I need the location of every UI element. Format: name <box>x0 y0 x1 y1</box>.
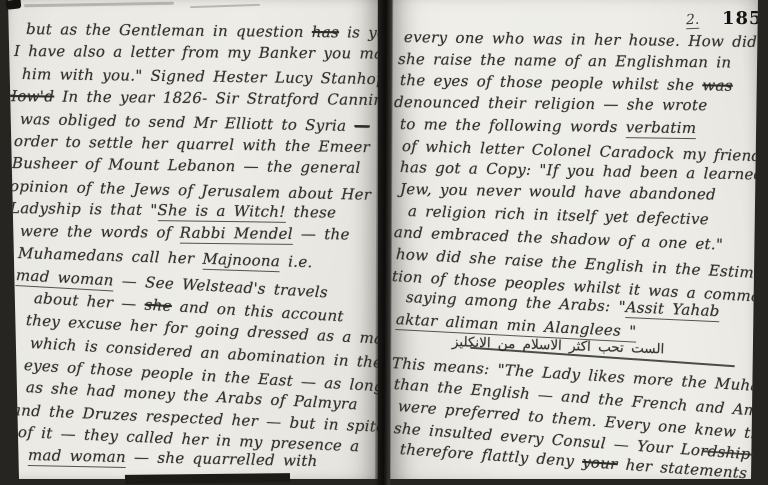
manuscript-line: How'd In the year 1826- Sir Stratford Ca… <box>4 87 393 109</box>
text-segment: she raise the name of an Englishman in <box>398 50 732 71</box>
underlined-text: She is a Witch! <box>157 201 285 223</box>
struck-text: — <box>354 117 370 135</box>
manuscript-line: she raise the name of an Englishman in <box>398 50 732 71</box>
text-segment: to me the following words <box>400 115 626 136</box>
manuscript-scan: but as the Gentleman in question has is … <box>0 0 768 485</box>
manuscript-line: him with you." Signed Hester Lucy Stanho… <box>22 65 395 88</box>
underlined-text: mad woman <box>28 446 126 468</box>
text-segment: a religion rich in itself yet defective <box>408 202 709 228</box>
underlined-text: Rabbi Mendel <box>180 223 293 244</box>
right-page-text: every one who was in her house. How dids… <box>390 0 758 479</box>
scan-corner-mark <box>6 0 22 10</box>
page-edge-shadow <box>125 473 290 484</box>
struck-text: was <box>702 77 733 96</box>
right-page: 2. 185 every one who was in her house. H… <box>390 0 758 479</box>
manuscript-line: were the words of Rabbi Mendel — the <box>20 222 350 243</box>
manuscript-line: Ladyship is that "She is a Witch! these <box>10 199 337 222</box>
book-spine-gutter <box>375 0 394 485</box>
underlined-text: Assit Yahab <box>625 298 720 322</box>
struck-text: How'd <box>4 87 54 106</box>
text-segment: were the words of <box>20 222 180 242</box>
struck-text: has <box>312 23 339 41</box>
text-segment: — the <box>293 224 350 243</box>
text-segment: — she quarrelled with <box>126 448 318 470</box>
manuscript-line: order to settle her quarrel with the Eme… <box>14 132 370 156</box>
text-segment: the eyes of those people whilst she <box>400 71 703 94</box>
manuscript-line: was obliged to send Mr Elliott to Syria … <box>20 110 393 136</box>
manuscript-line: the eyes of those people whilst she was <box>400 71 733 95</box>
text-segment: him with you." Signed Hester Lucy Stanho… <box>22 65 395 88</box>
text-segment: but as the Gentleman in question <box>26 20 312 41</box>
text-segment: denounced their religion — she wrote <box>394 93 708 114</box>
text-segment: about her — <box>33 289 145 314</box>
text-segment: order to settle her quarrel with the Eme… <box>14 132 370 156</box>
text-segment: these <box>285 203 336 222</box>
text-segment: Ladyship is that " <box>10 199 158 219</box>
underlined-text: mad woman <box>15 266 114 291</box>
text-segment: Jew, you never would have abandoned <box>400 180 716 204</box>
manuscript-line: Jew, you never would have abandoned <box>400 180 716 204</box>
manuscript-line: a religion rich in itself yet defective <box>408 202 709 228</box>
manuscript-line: Muhamedans call her Majnoona i.e. <box>18 244 313 271</box>
left-page: but as the Gentleman in question has is … <box>0 0 378 479</box>
underlined-text: Majnoona <box>202 250 280 272</box>
text-segment: Busheer of Mount Lebanon — the general <box>12 154 361 177</box>
left-page-text: but as the Gentleman in question has is … <box>0 0 378 479</box>
text-segment: i.e. <box>280 252 313 271</box>
underlined-text: verbatim <box>626 118 697 139</box>
text-segment: was obliged to send Mr Elliott to Syria <box>20 110 355 135</box>
text-segment: In the year 1826- Sir Stratford Canning <box>54 88 393 110</box>
text-segment: Muhamedans call her <box>18 244 203 268</box>
manuscript-line: Busheer of Mount Lebanon — the general <box>12 154 361 177</box>
manuscript-line: denounced their religion — she wrote <box>394 93 708 114</box>
struck-text: she <box>144 295 172 315</box>
struck-text: your <box>582 453 619 473</box>
manuscript-line: to me the following words verbatim <box>400 115 697 137</box>
text-segment: every one who was in her house. How did <box>404 28 757 51</box>
manuscript-line: every one who was in her house. How did <box>404 28 757 51</box>
